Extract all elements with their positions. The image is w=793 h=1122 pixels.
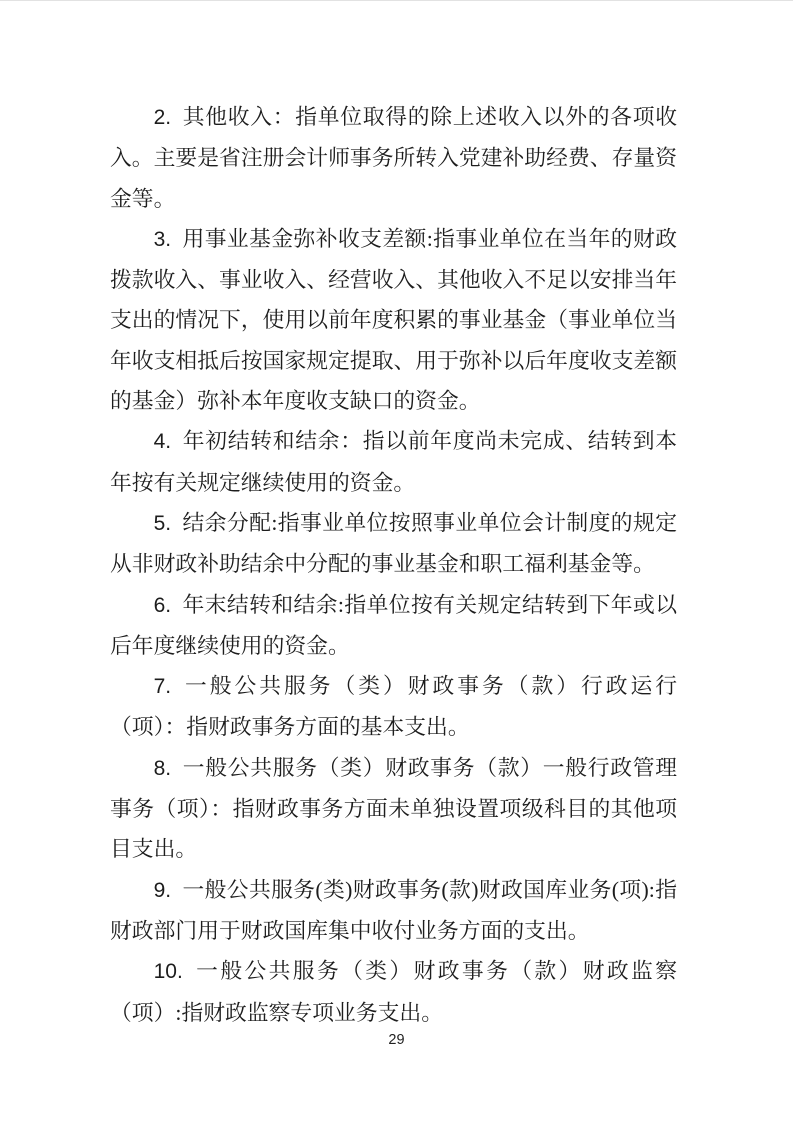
paragraph-number: 7. [154, 675, 172, 698]
paragraph-text: 结余分配:指事业单位按照事业单位会计制度的规定从非财政补助结余中分配的事业基金和… [110, 511, 677, 576]
paragraph-treasury-business: 9.一般公共服务(类)财政事务(款)财政国库业务(项):指财政部门用于财政国库集… [110, 870, 677, 952]
paragraph-number: 9. [154, 879, 172, 902]
paragraph-text: 一般公共服务(类)财政事务(款)财政国库业务(项):指财政部门用于财政国库集中收… [110, 878, 677, 943]
paragraph-number: 4. [154, 430, 172, 453]
paragraph-year-start-carryover: 4.年初结转和结余：指以前年度尚未完成、结转到本年按有关规定继续使用的资金。 [110, 421, 677, 503]
paragraph-number: 6. [154, 594, 172, 617]
page-footer: 29 [0, 1031, 793, 1049]
paragraph-other-income: 2.其他收入：指单位取得的除上述收入以外的各项收入。主要是省注册会计师事务所转入… [110, 97, 677, 219]
page-number: 29 [388, 1032, 404, 1048]
paragraph-fund-deficit: 3.用事业基金弥补收支差额:指事业单位在当年的财政拨款收入、事业收入、经营收入、… [110, 219, 677, 421]
paragraph-text: 年末结转和结余:指单位按有关规定结转到下年或以后年度继续使用的资金。 [110, 593, 677, 658]
document-page: 2.其他收入：指单位取得的除上述收入以外的各项收入。主要是省注册会计师事务所转入… [0, 0, 793, 1122]
paragraph-year-end-carryover: 6.年末结转和结余:指单位按有关规定结转到下年或以后年度继续使用的资金。 [110, 585, 677, 667]
paragraph-number: 8. [154, 757, 172, 780]
paragraph-admin-operation: 7.一般公共服务（类）财政事务（款）行政运行（项）：指财政事务方面的基本支出。 [110, 666, 677, 748]
document-body: 2.其他收入：指单位取得的除上述收入以外的各项收入。主要是省注册会计师事务所转入… [110, 97, 677, 1033]
paragraph-text: 一般公共服务（类）财政事务（款）财政监察（项）:指财政监察专项业务支出。 [110, 959, 677, 1024]
paragraph-number: 5. [154, 512, 172, 535]
paragraph-text: 其他收入：指单位取得的除上述收入以外的各项收入。主要是省注册会计师事务所转入党建… [110, 105, 677, 211]
paragraph-number: 2. [154, 106, 172, 129]
paragraph-text: 一般公共服务（类）财政事务（款）一般行政管理事务（项）：指财政事务方面未单独设置… [110, 756, 677, 862]
paragraph-general-admin-affairs: 8.一般公共服务（类）财政事务（款）一般行政管理事务（项）：指财政事务方面未单独… [110, 748, 677, 870]
paragraph-fiscal-supervision: 10.一般公共服务（类）财政事务（款）财政监察（项）:指财政监察专项业务支出。 [110, 951, 677, 1033]
paragraph-text: 一般公共服务（类）财政事务（款）行政运行（项）：指财政事务方面的基本支出。 [110, 674, 677, 739]
paragraph-text: 用事业基金弥补收支差额:指事业单位在当年的财政拨款收入、事业收入、经营收入、其他… [110, 227, 677, 413]
paragraph-surplus-distribution: 5.结余分配:指事业单位按照事业单位会计制度的规定从非财政补助结余中分配的事业基… [110, 503, 677, 585]
paragraph-text: 年初结转和结余：指以前年度尚未完成、结转到本年按有关规定继续使用的资金。 [110, 429, 677, 494]
paragraph-number: 10. [154, 960, 183, 983]
paragraph-number: 3. [154, 228, 172, 251]
